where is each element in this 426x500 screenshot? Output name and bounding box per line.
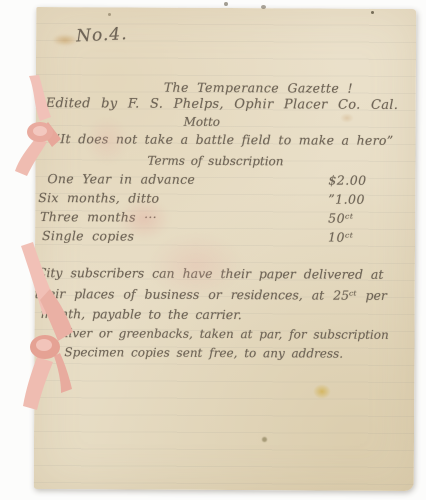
term-label: Three months ··· <box>40 209 157 225</box>
term-value: ”1.00 <box>328 192 365 207</box>
term-label: Six months, ditto <box>38 190 159 206</box>
term-value: $2.00 <box>328 173 366 188</box>
term-row: Three months ··· 50ᶜᵗ <box>35 209 415 229</box>
body-line: Silver or greenbacks, taken at par, for … <box>57 326 389 342</box>
page-title: The Temperance Gazette ! <box>164 80 353 96</box>
manuscript-page: No.4. The Temperance Gazette ! Edited by… <box>34 7 417 491</box>
body-line: Specimen copies sent free, to any addres… <box>64 345 343 360</box>
term-row: Single copies 10ᶜᵗ <box>35 228 415 248</box>
body-line: City subscribers can have their paper de… <box>37 265 384 282</box>
term-label: Single copies <box>42 228 134 243</box>
issue-number: No.4. <box>76 24 128 46</box>
term-row: Six months, ditto ”1.00 <box>35 190 415 210</box>
term-value: 50ᶜᵗ <box>328 211 353 226</box>
body-line: month, payable to the carrier. <box>41 306 242 322</box>
term-value: 10ᶜᵗ <box>328 230 353 245</box>
stain <box>224 2 228 6</box>
byline: Edited by F. S. Phelps, Ophir Placer Co.… <box>46 96 399 113</box>
motto-label: Motto <box>184 115 220 129</box>
term-label: One Year in advance <box>47 171 195 187</box>
term-row: One Year in advance $2.00 <box>35 171 415 191</box>
photo-background: No.4. The Temperance Gazette ! Edited by… <box>0 0 426 500</box>
terms-heading: Terms of subscription <box>147 154 283 169</box>
motto-quote: “It does not take a battle field to make… <box>54 131 394 148</box>
body-line: their places of business or residences, … <box>35 286 387 303</box>
